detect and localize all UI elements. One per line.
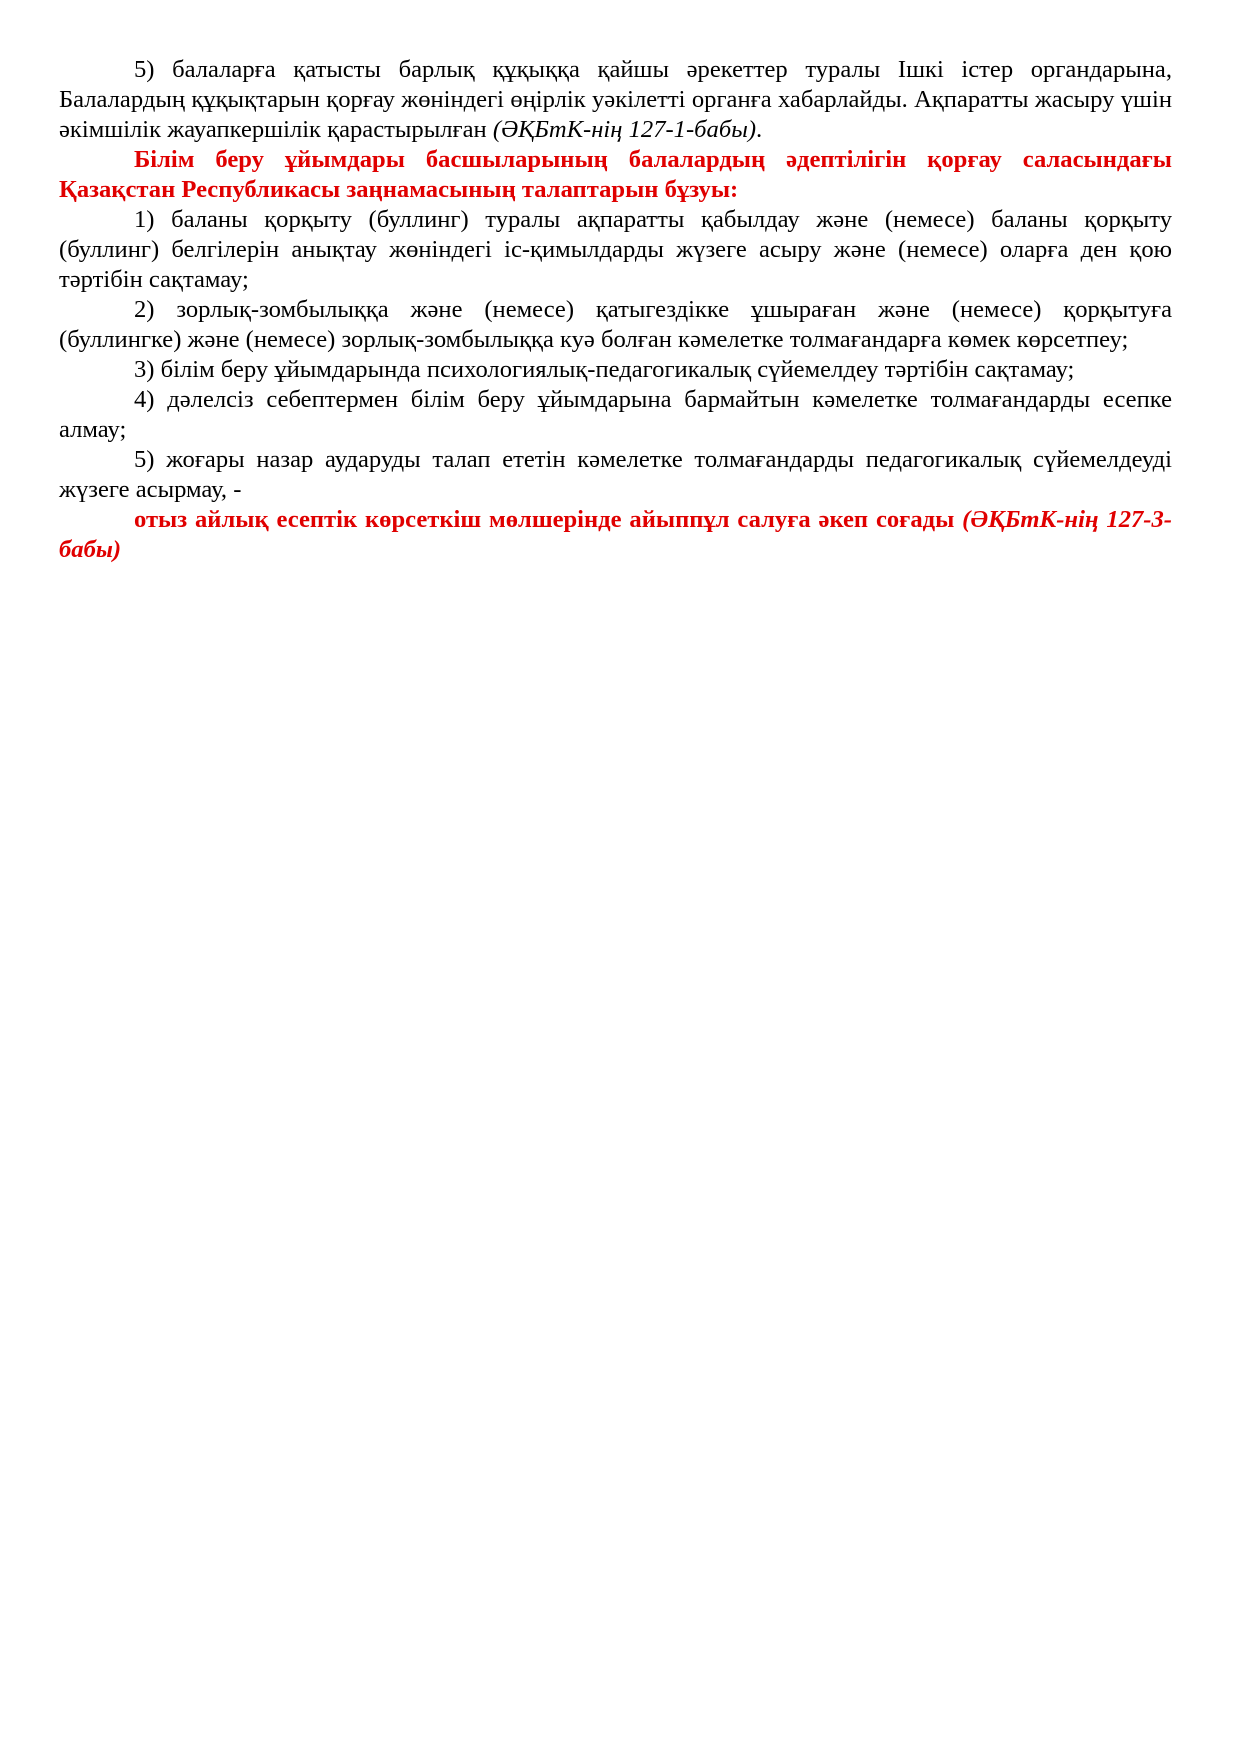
citation-article-127-1: (ӘҚБтК-нің 127-1-бабы) [493,116,756,143]
list-item-4: 4) дәлелсіз себептермен білім беру ұйымд… [59,385,1172,445]
list-item-3: 3) білім беру ұйымдарында психологиялық-… [59,355,1172,385]
paragraph-tail: . [756,116,762,143]
list-item-2: 2) зорлық-зомбылыққа және (немесе) қатыг… [59,295,1172,355]
list-item-5: 5) жоғары назар аударуды талап ететін кә… [59,445,1172,505]
paragraph-report-obligation: 5) балаларға қатысты барлық құқыққа қайш… [59,55,1172,145]
penalty-text: отыз айлық есептік көрсеткіш мөлшерінде … [134,506,962,533]
document-page: 5) балаларға қатысты барлық құқыққа қайш… [59,55,1172,565]
penalty-statement: отыз айлық есептік көрсеткіш мөлшерінде … [59,505,1172,565]
heading-violation: Білім беру ұйымдары басшыларының балалар… [59,145,1172,205]
list-item-1: 1) баланы қорқыту (буллинг) туралы ақпар… [59,205,1172,295]
